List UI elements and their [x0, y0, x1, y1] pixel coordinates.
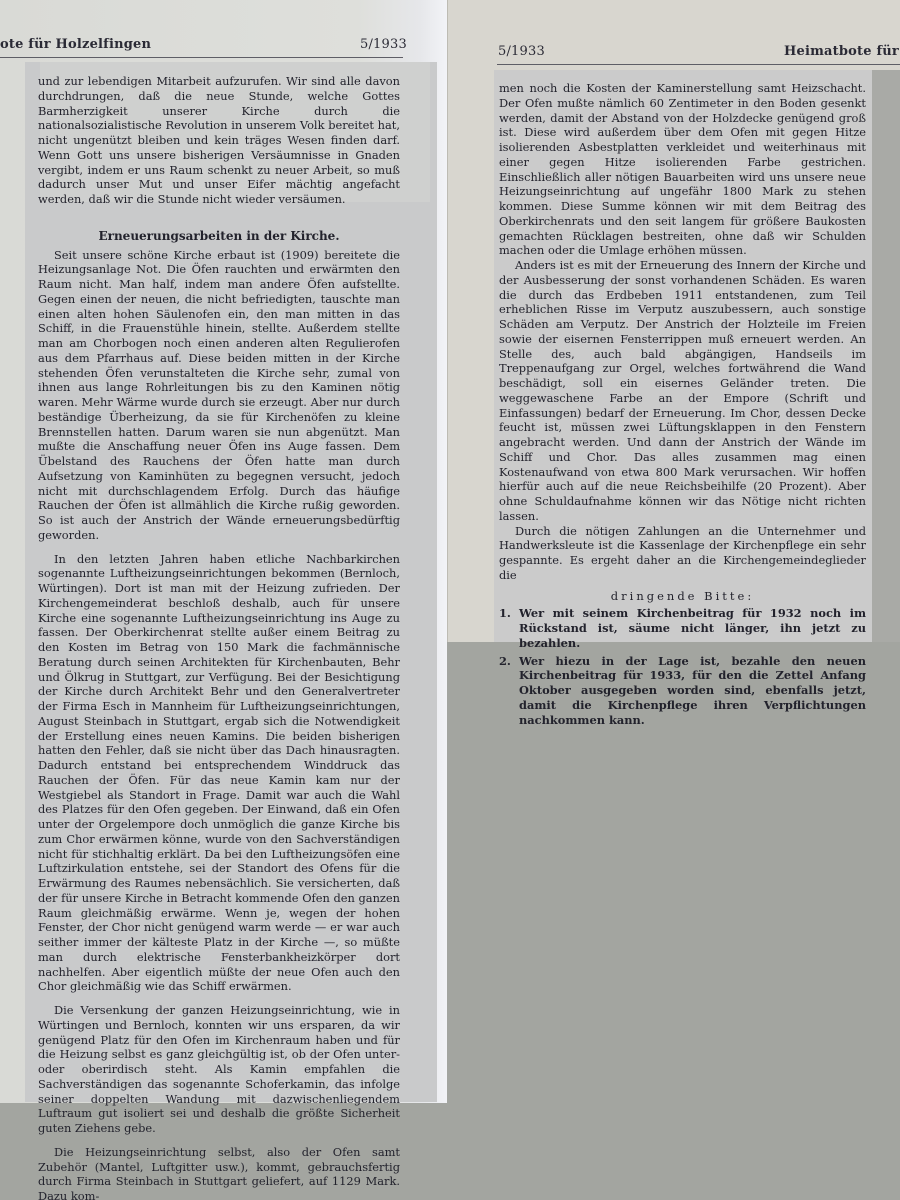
paragraph-costs-continued: men noch die Kosten der Kaminerstellung … — [499, 81, 866, 258]
left-running-head-title: ote für Holzelfingen — [0, 37, 151, 52]
right-header-rule — [497, 64, 900, 65]
paragraph-heating-history: Seit unsere schöne Kirche erbaut ist (19… — [38, 248, 400, 543]
paragraph-interior-renewal: Anders ist es mit der Erneuerung des Inn… — [499, 258, 866, 524]
plea-list: 1. Wer mit seinem Kirchenbeitrag für 193… — [499, 606, 866, 727]
paragraph-costs-start: Die Heizungseinrichtung selbst, also der… — [38, 1145, 400, 1200]
paragraph-air-heating: In den letzten Jahren haben etliche Nach… — [38, 552, 400, 995]
paragraph-finances: Durch die nötigen Zahlungen an die Unter… — [499, 524, 866, 583]
plea-item-number: 1. — [499, 606, 519, 650]
right-column: men noch die Kosten der Kaminerstellung … — [499, 81, 866, 730]
right-page-margin-strip — [872, 70, 900, 642]
plea-title: dringende Bitte: — [499, 589, 866, 604]
plea-item-text: Wer mit seinem Kirchenbeitrag für 1932 n… — [519, 606, 866, 650]
left-running-head-issue: 5/1933 — [360, 37, 407, 52]
right-running-head-issue: 5/1933 — [498, 44, 545, 59]
section-title: Erneuerungsarbeiten in der Kirche. — [38, 229, 400, 244]
plea-item-text: Wer hiezu in der Lage ist, bezahle den n… — [519, 654, 866, 728]
plea-item: 1. Wer mit seinem Kirchenbeitrag für 193… — [499, 606, 866, 650]
right-running-head-title: Heimatbote für Holz — [784, 44, 900, 59]
left-header-rule — [0, 57, 403, 58]
plea-item: 2. Wer hiezu in der Lage ist, bezahle de… — [499, 654, 866, 728]
intro-paragraph: und zur lebendigen Mitarbeit aufzurufen.… — [38, 74, 400, 207]
paragraph-sinking: Die Versenkung der ganzen Heizungseinric… — [38, 1003, 400, 1136]
plea-item-number: 2. — [499, 654, 519, 728]
left-column: und zur lebendigen Mitarbeit aufzurufen.… — [38, 74, 400, 1200]
